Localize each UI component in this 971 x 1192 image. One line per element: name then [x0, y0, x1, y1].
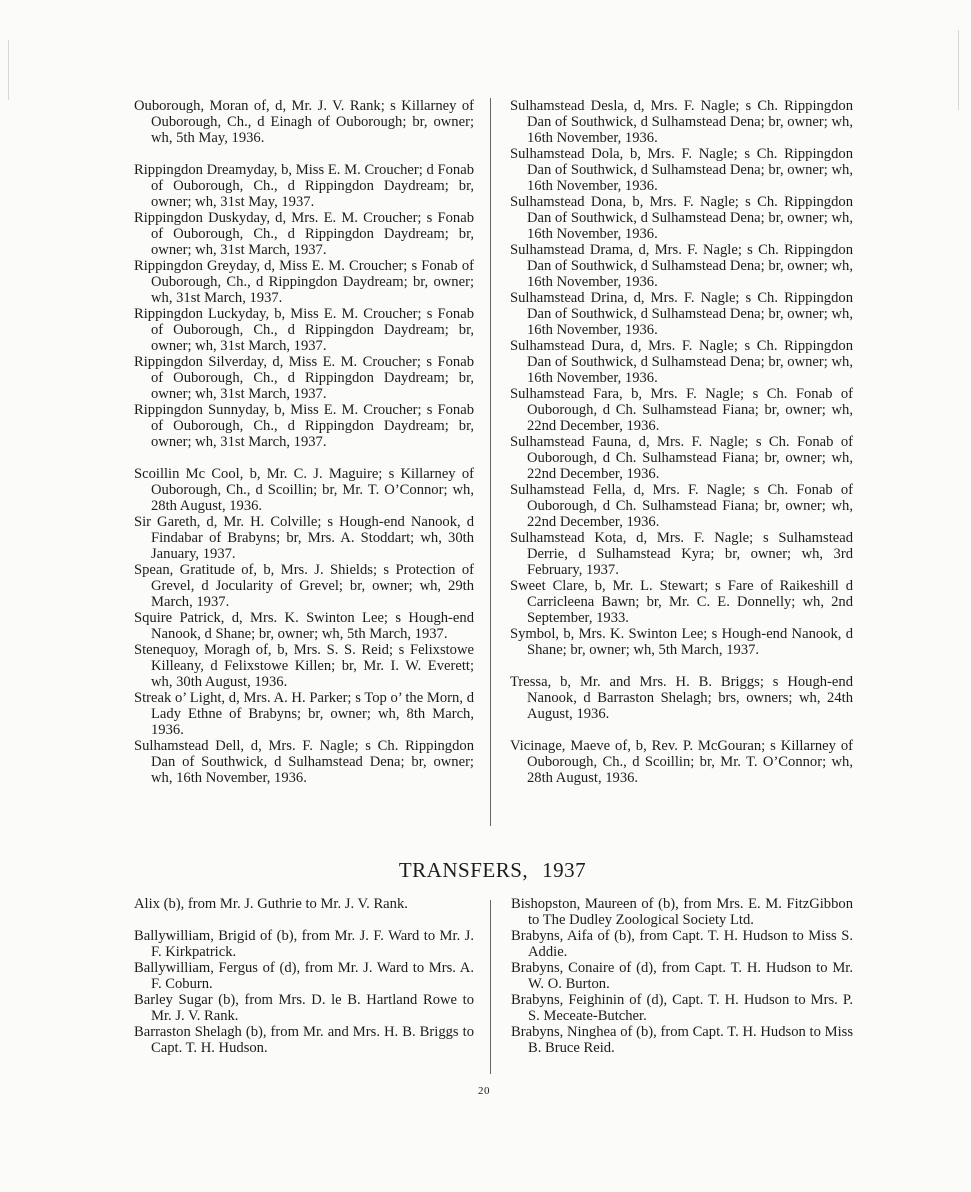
list-entry: Rippingdon Dreamyday, b, Miss E. M. Crou…: [134, 162, 474, 210]
list-entry: Rippingdon Duskyday, d, Mrs. E. M. Crouc…: [134, 210, 474, 258]
list-entry: Barley Sugar (b), from Mrs. D. le B. Har…: [134, 992, 474, 1024]
column-divider: [490, 98, 491, 826]
list-entry: Spean, Gratitude of, b, Mrs. J. Shields;…: [134, 562, 474, 610]
transfers-year: 1937: [528, 858, 586, 882]
list-entry: Sulhamstead Fara, b, Mrs. F. Nagle; s Ch…: [510, 386, 853, 434]
list-entry: Ballywilliam, Brigid of (b), from Mr. J.…: [134, 928, 474, 960]
transfers-heading: TRANSFERS,1937: [0, 858, 971, 883]
list-entry: Sulhamstead Fella, d, Mrs. F. Nagle; s C…: [510, 482, 853, 530]
scan-artifact: [8, 40, 9, 100]
list-entry: Sulhamstead Drina, d, Mrs. F. Nagle; s C…: [510, 290, 853, 338]
transfers-title: TRANSFERS,: [385, 858, 528, 882]
list-entry: Sulhamstead Dona, b, Mrs. F. Nagle; s Ch…: [510, 194, 853, 242]
transfers-right-column: Bishopston, Maureen of (b), from Mrs. E.…: [511, 896, 853, 1056]
list-entry: Rippingdon Sunnyday, b, Miss E. M. Crouc…: [134, 402, 474, 450]
list-entry: Vicinage, Maeve of, b, Rev. P. McGouran;…: [510, 738, 853, 786]
list-entry: Streak o’ Light, d, Mrs. A. H. Parker; s…: [134, 690, 474, 738]
list-entry: Sweet Clare, b, Mr. L. Stewart; s Fare o…: [510, 578, 853, 626]
list-entry: Symbol, b, Mrs. K. Swinton Lee; s Hough-…: [510, 626, 853, 658]
list-entry: Sulhamstead Dola, b, Mrs. F. Nagle; s Ch…: [510, 146, 853, 194]
list-entry: Sulhamstead Drama, d, Mrs. F. Nagle; s C…: [510, 242, 853, 290]
list-entry: Brabyns, Conaire of (d), from Capt. T. H…: [511, 960, 853, 992]
list-entry: Tressa, b, Mr. and Mrs. H. B. Briggs; s …: [510, 674, 853, 722]
registrations-right-column: Sulhamstead Desla, d, Mrs. F. Nagle; s C…: [510, 98, 853, 786]
list-entry: Brabyns, Aifa of (b), from Capt. T. H. H…: [511, 928, 853, 960]
list-entry: Rippingdon Silverday, d, Miss E. M. Crou…: [134, 354, 474, 402]
list-entry: Brabyns, Feighinin of (d), Capt. T. H. H…: [511, 992, 853, 1024]
list-entry: Sir Gareth, d, Mr. H. Colville; s Hough-…: [134, 514, 474, 562]
list-entry: Bishopston, Maureen of (b), from Mrs. E.…: [511, 896, 853, 928]
list-entry: Sulhamstead Dell, d, Mrs. F. Nagle; s Ch…: [134, 738, 474, 786]
list-entry: Ouborough, Moran of, d, Mr. J. V. Rank; …: [134, 98, 474, 146]
scan-artifact: [958, 30, 959, 110]
registrations-left-column: Ouborough, Moran of, d, Mr. J. V. Rank; …: [134, 98, 474, 786]
list-entry: Brabyns, Ninghea of (b), from Capt. T. H…: [511, 1024, 853, 1056]
list-entry: Alix (b), from Mr. J. Guthrie to Mr. J. …: [134, 896, 474, 912]
list-entry: Stenequoy, Moragh of, b, Mrs. S. S. Reid…: [134, 642, 474, 690]
list-entry: Sulhamstead Kota, d, Mrs. F. Nagle; s Su…: [510, 530, 853, 578]
list-entry: Barraston Shelagh (b), from Mr. and Mrs.…: [134, 1024, 474, 1056]
list-entry: Rippingdon Greyday, d, Miss E. M. Crouch…: [134, 258, 474, 306]
transfers-column-divider: [490, 900, 491, 1074]
transfers-left-column: Alix (b), from Mr. J. Guthrie to Mr. J. …: [134, 896, 474, 1056]
list-entry: Sulhamstead Fauna, d, Mrs. F. Nagle; s C…: [510, 434, 853, 482]
list-entry: Sulhamstead Desla, d, Mrs. F. Nagle; s C…: [510, 98, 853, 146]
list-entry: Ballywilliam, Fergus of (d), from Mr. J.…: [134, 960, 474, 992]
page-number: 20: [478, 1085, 490, 1097]
list-entry: Sulhamstead Dura, d, Mrs. F. Nagle; s Ch…: [510, 338, 853, 386]
list-entry: Scoillin Mc Cool, b, Mr. C. J. Maguire; …: [134, 466, 474, 514]
list-entry: Squire Patrick, d, Mrs. K. Swinton Lee; …: [134, 610, 474, 642]
list-entry: Rippingdon Luckyday, b, Miss E. M. Crouc…: [134, 306, 474, 354]
